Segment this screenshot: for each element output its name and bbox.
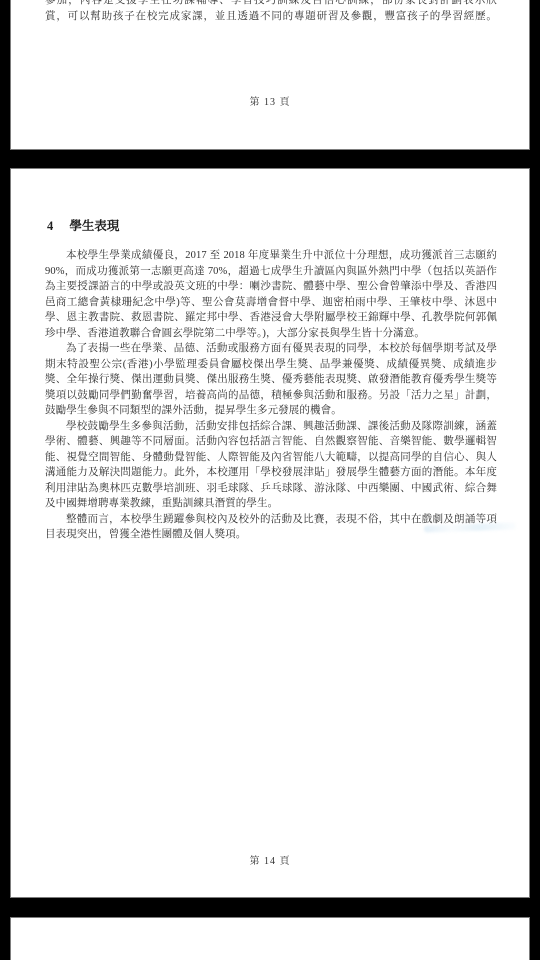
section-heading: 4 學生表現	[47, 217, 497, 235]
document-page-15	[10, 917, 530, 960]
page-13-clipped-line: 參加，內容是支援學生在功課輔導、學習技巧訓練及自信心訓練，部份家長對計劃表示欣	[45, 0, 497, 9]
paragraph-overall: 整體而言，本校學生踴躍參與校內及校外的活動及比賽，表現不俗，其中在戲劇及朗誦等項…	[45, 512, 497, 543]
paragraph-awards: 為了表揚一些在學業、品德、活動或服務方面有優異表現的同學，本校於每個學期考試及學…	[45, 341, 497, 419]
page-13-text: 參加，內容是支援學生在功課輔導、學習技巧訓練及自信心訓練，部份家長對計劃表示欣 …	[11, 0, 529, 24]
page-14-body: 本校學生學業成績優良，2017 至 2018 年度畢業生升中派位十分理想，成功獲…	[45, 248, 497, 543]
paragraph-admission-results: 本校學生學業成績優良，2017 至 2018 年度畢業生升中派位十分理想，成功獲…	[45, 248, 497, 341]
paragraph-activities: 學校鼓勵學生多參與活動，活動安排包括綜合課、興趣活動課、課後活動及隊際訓練，涵蓋…	[45, 419, 497, 512]
page-13-number: 第 13 頁	[11, 93, 529, 108]
document-page-13: 參加，內容是支援學生在功課輔導、學習技巧訓練及自信心訓練，部份家長對計劃表示欣 …	[10, 0, 530, 150]
page-13-last-line: 賞，可以幫助孩子在校完成家課，並且透過不同的專題研習及參觀，豐富孩子的學習經歷。	[45, 9, 497, 25]
page-14-number: 第 14 頁	[11, 852, 529, 867]
document-page-14: 4 學生表現 本校學生學業成績優良，2017 至 2018 年度畢業生升中派位十…	[10, 168, 530, 898]
section-number: 4	[47, 217, 53, 235]
page-14-content: 4 學生表現 本校學生學業成績優良，2017 至 2018 年度畢業生升中派位十…	[11, 169, 529, 543]
section-title: 學生表現	[69, 217, 119, 235]
pdf-viewer[interactable]: 參加，內容是支援學生在功課輔導、學習技巧訓練及自信心訓練，部份家長對計劃表示欣 …	[0, 0, 540, 960]
